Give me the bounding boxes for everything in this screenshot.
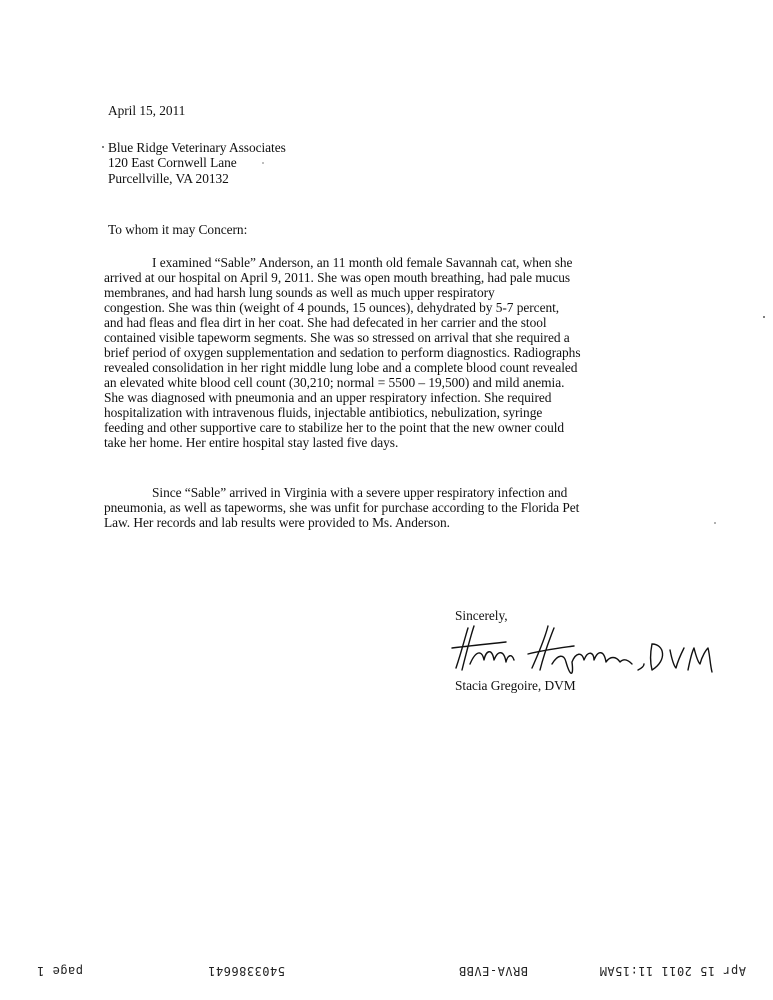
paragraph-line: and had fleas and flea dirt in her coat.… (104, 315, 547, 330)
scan-speck (102, 146, 104, 148)
paragraph-line: Law. Her records and lab results were pr… (104, 515, 450, 530)
paragraph-line: revealed consolidation in her right midd… (104, 360, 577, 375)
paragraph-line: Since “Sable” arrived in Virginia with a… (152, 485, 567, 500)
signer-name: Stacia Gregoire, DVM (455, 678, 576, 693)
paragraph-line: take her home. Her entire hospital stay … (104, 435, 398, 450)
salutation: To whom it may Concern: (108, 222, 247, 237)
paragraph-line: contained visible tapeworm segments. She… (104, 330, 570, 345)
paragraph-line: hospitalization with intravenous fluids,… (104, 405, 542, 420)
paragraph-line: an elevated white blood cell count (30,2… (104, 375, 564, 390)
paragraph-line: congestion. She was thin (weight of 4 po… (104, 300, 559, 315)
paragraph-line: She was diagnosed with pneumonia and an … (104, 390, 551, 405)
fax-sender: BRVA-EVBB (458, 964, 528, 978)
fax-phone: 5403386641 (208, 964, 285, 978)
fax-page: page 1 (37, 964, 83, 978)
scan-speck (714, 522, 716, 524)
paragraph-line: pneumonia, as well as tapeworms, she was… (104, 500, 579, 515)
fax-datetime: Apr 15 2011 11:15AM (599, 964, 746, 978)
letter-date: April 15, 2011 (108, 103, 185, 118)
paragraph-line: membranes, and had harsh lung sounds as … (104, 285, 495, 300)
recipient-street: 120 East Cornwell Lane (108, 155, 237, 170)
scan-speck (763, 316, 765, 318)
letter-page: April 15, 2011 Blue Ridge Veterinary Ass… (0, 0, 773, 1000)
scan-speck (262, 162, 264, 164)
recipient-city: Purcellville, VA 20132 (108, 171, 229, 186)
paragraph-line: brief period of oxygen supplementation a… (104, 345, 581, 360)
paragraph-line: arrived at our hospital on April 9, 2011… (104, 270, 570, 285)
fax-header-inverted: Apr 15 2011 11:15AM BRVA-EVBB 5403386641… (0, 960, 773, 980)
paragraph-line: I examined “Sable” Anderson, an 11 month… (152, 255, 572, 270)
handwritten-signature (448, 620, 718, 680)
recipient-name: Blue Ridge Veterinary Associates (108, 140, 286, 155)
paragraph-line: feeding and other supportive care to sta… (104, 420, 564, 435)
